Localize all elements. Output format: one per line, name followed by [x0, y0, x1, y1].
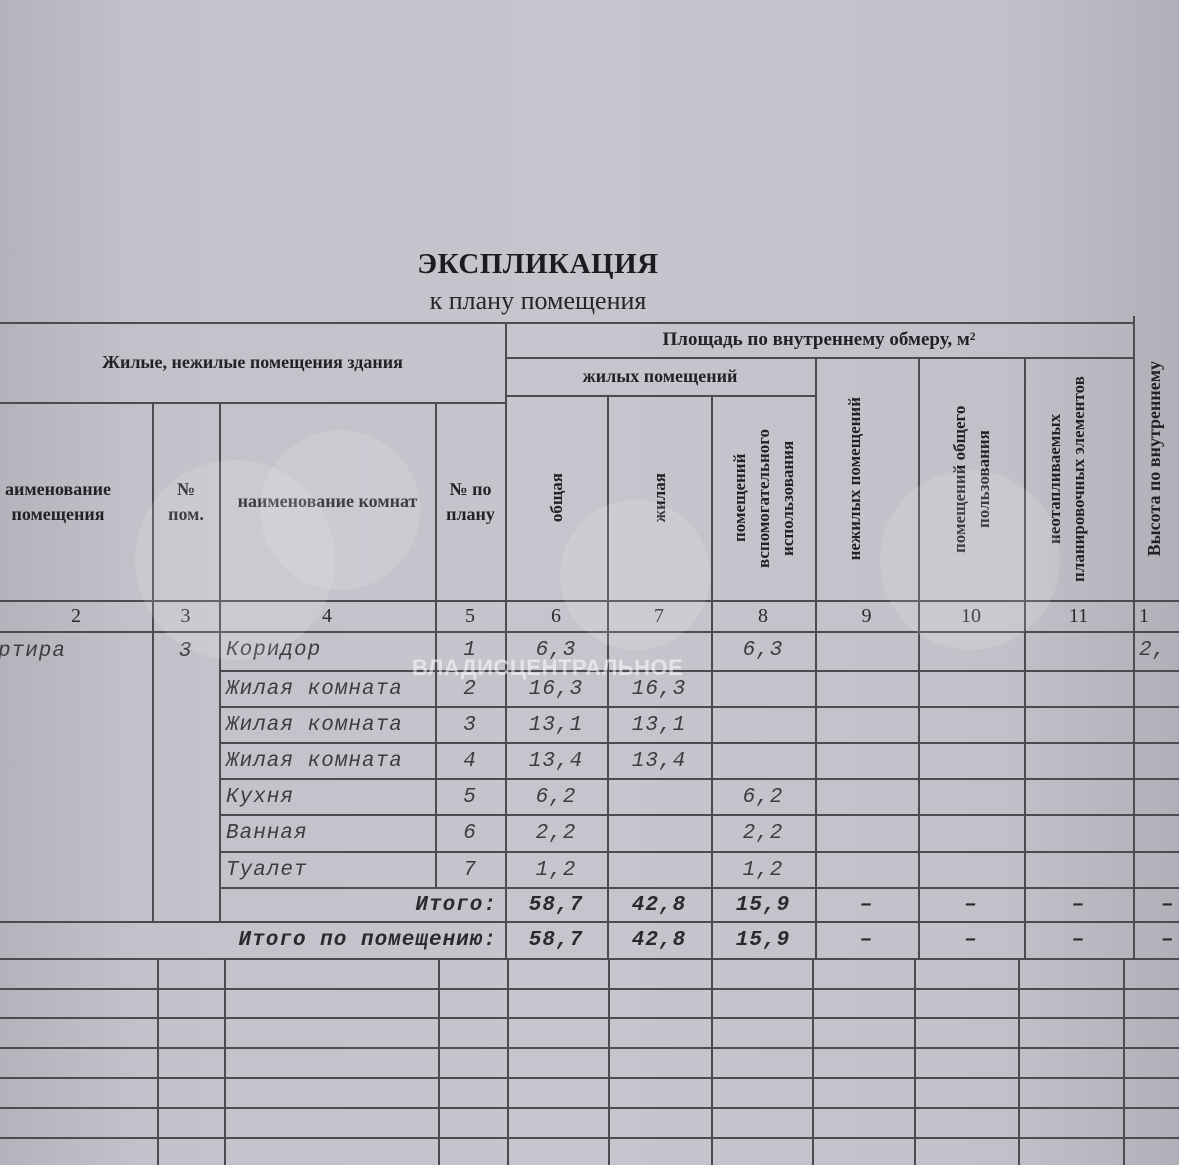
room-name: Ванная [220, 815, 435, 851]
grand-total-unheated: – [1024, 922, 1133, 958]
room-auxiliary-area: 2,2 [711, 815, 815, 851]
room-height [1133, 743, 1179, 779]
grand-total-height: – [1133, 922, 1179, 958]
room-name: Жилая комната [220, 707, 435, 743]
room-total-area: 13,4 [505, 743, 607, 779]
room-total-area: 6,2 [505, 779, 607, 815]
room-plan-number: 7 [435, 852, 505, 888]
header-premise-name: аименование помещения [0, 403, 152, 600]
document-title: ЭКСПЛИКАЦИЯ [0, 248, 1076, 281]
room-plan-number: 6 [435, 815, 505, 851]
room-auxiliary-area: 6,3 [711, 632, 815, 668]
grand-total-total: 58,7 [505, 922, 607, 958]
room-auxiliary-area [711, 671, 815, 707]
header-plan-number: № по плану [436, 403, 505, 600]
header-auxiliary-area: помещений вспомогательного использования [728, 396, 800, 600]
column-number: 8 [711, 601, 815, 631]
watermark-text: ВЛАДИСЦЕНТРАЛЬНОЕ [412, 655, 683, 681]
room-total-area: 2,2 [505, 815, 607, 851]
header-group-premises: Жилые, нежилые помещения здания [0, 323, 505, 402]
grand-total-auxiliary: 15,9 [711, 922, 815, 958]
subtotal-total: 58,7 [505, 888, 607, 922]
room-name: Туалет [220, 852, 435, 888]
room-total-area: 13,1 [505, 707, 607, 743]
room-height [1133, 779, 1179, 815]
subtotal-height: – [1133, 888, 1179, 922]
header-group-area: Площадь по внутреннему обмеру, м² [505, 322, 1133, 357]
room-living-area: 13,1 [607, 707, 711, 743]
room-living-area: 13,4 [607, 743, 711, 779]
subtotal-label: Итого: [220, 888, 505, 922]
subtotal-unheated: – [1024, 888, 1133, 922]
header-group-living: жилых помещений [505, 357, 815, 395]
room-name: Жилая комната [220, 671, 435, 707]
room-height [1133, 815, 1179, 851]
room-auxiliary-area [711, 707, 815, 743]
room-living-area [607, 852, 711, 888]
header-height: Высота по внутреннему [1142, 361, 1166, 556]
room-name: Жилая комната [220, 743, 435, 779]
room-living-area [607, 779, 711, 815]
room-auxiliary-area: 1,2 [711, 852, 815, 888]
room-auxiliary-area [711, 743, 815, 779]
grand-total-label: Итого по помещению: [0, 922, 505, 958]
room-height [1133, 707, 1179, 743]
subtotal-nonresidential: – [815, 888, 918, 922]
room-height [1133, 671, 1179, 707]
grand-total-living: 42,8 [607, 922, 711, 958]
column-number: 2 [0, 601, 152, 631]
room-height [1133, 852, 1179, 888]
room-height: 2, [1133, 632, 1179, 668]
header-total-area: общая [545, 473, 569, 522]
room-plan-number: 3 [435, 707, 505, 743]
room-total-area: 1,2 [505, 852, 607, 888]
column-number: 1 [1133, 601, 1179, 631]
room-plan-number: 4 [435, 743, 505, 779]
subtotal-living: 42,8 [607, 888, 711, 922]
column-number: 5 [435, 601, 505, 631]
room-auxiliary-area: 6,2 [711, 779, 815, 815]
grand-total-common: – [918, 922, 1024, 958]
room-name: Кухня [220, 779, 435, 815]
grand-total-nonresidential: – [815, 922, 918, 958]
document-subtitle: к плану помещения [0, 286, 1076, 316]
premise-name: ртира [0, 632, 152, 670]
room-living-area [607, 815, 711, 851]
subtotal-auxiliary: 15,9 [711, 888, 815, 922]
room-plan-number: 5 [435, 779, 505, 815]
subtotal-common: – [918, 888, 1024, 922]
